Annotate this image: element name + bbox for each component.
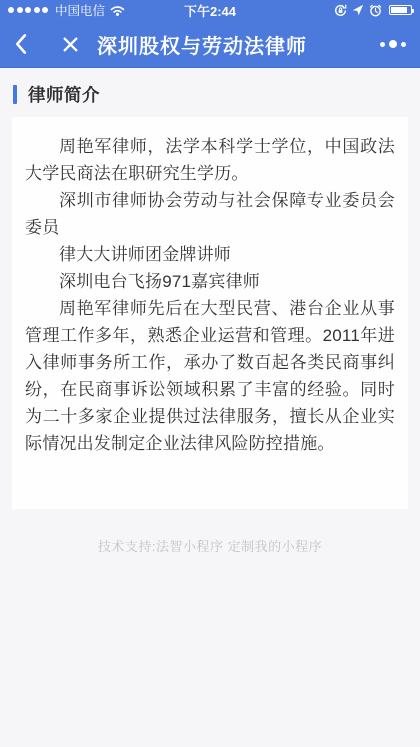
profile-paragraph: 周艳军律师先后在大型民营、港台企业从事管理工作多年，熟悉企业运营和管理。2011… bbox=[25, 295, 395, 457]
carrier-label: 中国电信 bbox=[55, 1, 105, 19]
location-icon bbox=[352, 4, 364, 16]
status-left: 中国电信 bbox=[8, 1, 184, 19]
accent-bar bbox=[13, 85, 17, 104]
section-title: 律师简介 bbox=[28, 82, 100, 107]
battery-icon bbox=[389, 5, 412, 15]
section-header: 律师简介 bbox=[0, 68, 420, 117]
profile-paragraph: 深圳市律师协会劳动与社会保障专业委员会委员 bbox=[25, 187, 395, 241]
profile-paragraph: 律大大讲师团金牌讲师 bbox=[25, 241, 395, 268]
tech-support-footer: 技术支持:法智小程序 定制我的小程序 bbox=[0, 536, 420, 555]
page-title: 深圳股权与劳动法律师 bbox=[97, 30, 307, 59]
status-bar: 中国电信 下午2:44 bbox=[0, 0, 420, 20]
back-button[interactable] bbox=[14, 33, 36, 55]
alarm-icon bbox=[369, 4, 382, 17]
wifi-icon bbox=[110, 5, 125, 16]
phone-screen: 中国电信 下午2:44 bbox=[0, 0, 420, 747]
status-right bbox=[236, 4, 412, 17]
orientation-lock-icon bbox=[334, 4, 347, 17]
profile-paragraph: 周艳军律师，法学本科学士学位，中国政法大学民商法在职研究生学历。 bbox=[25, 133, 395, 187]
lawyer-profile-card: 周艳军律师，法学本科学士学位，中国政法大学民商法在职研究生学历。深圳市律师协会劳… bbox=[12, 117, 408, 509]
signal-strength-icon bbox=[8, 7, 48, 13]
clock-label: 下午2:44 bbox=[184, 1, 236, 20]
close-button[interactable] bbox=[62, 36, 79, 53]
profile-paragraph: 深圳电台飞扬971嘉宾律师 bbox=[25, 268, 395, 295]
more-menu-button[interactable] bbox=[380, 34, 406, 54]
nav-bar: 深圳股权与劳动法律师 bbox=[0, 20, 420, 68]
